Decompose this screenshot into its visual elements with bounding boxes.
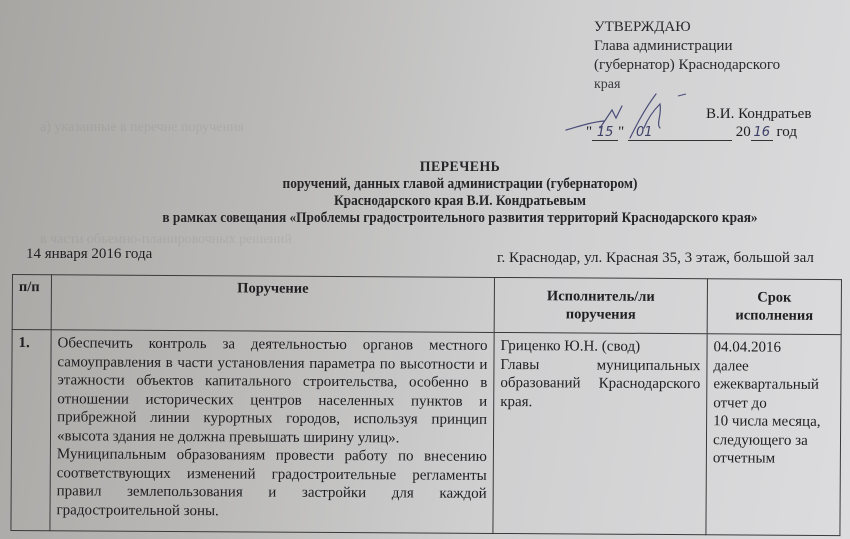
approval-stamp: УТВЕРЖДАЮ Глава администрации (губернато… xyxy=(594,18,780,94)
column-header-task: Поручение xyxy=(51,275,494,333)
meeting-place: г. Краснодар, ул. Красная 35, 3 этаж, бо… xyxy=(497,250,814,267)
title-line: поручений, данных главой администрации (… xyxy=(129,176,791,193)
signatory-name: В.И. Кондратьев xyxy=(706,106,811,123)
row-task: Обеспечить контроль за деятельностью орг… xyxy=(50,330,494,534)
document-page: а) указанные в перечне поручения в части… xyxy=(0,0,850,539)
title-line: в рамках совещания «Проблемы градостроит… xyxy=(129,210,791,227)
orders-table: п/п Поручение Исполнитель/ли поручения С… xyxy=(10,274,842,536)
approval-year: 16 xyxy=(751,125,773,141)
approval-day: 15 xyxy=(592,125,618,141)
approval-date: "15" 01 2016 год xyxy=(586,124,797,141)
task-paragraph: Обеспечить контроль за деятельностью орг… xyxy=(57,334,488,448)
document-title: ПЕРЕЧЕНЬ поручений, данных главой админи… xyxy=(129,158,791,227)
approval-heading: УТВЕРЖДАЮ xyxy=(594,18,780,37)
table-header-row: п/п Поручение Исполнитель/ли поручения С… xyxy=(12,275,841,335)
meeting-date: 14 января 2016 года xyxy=(26,246,152,263)
signature-block: В.И. Кондратьев "15" 01 2016 год xyxy=(560,88,820,148)
column-header-executor: Исполнитель/ли поручения xyxy=(494,277,707,333)
approval-month: 01 xyxy=(628,125,732,141)
column-header-term: Срок исполнения xyxy=(707,279,841,335)
column-header-num: п/п xyxy=(12,275,51,330)
approval-position-line: Глава администрации xyxy=(594,37,780,56)
bleed-through-text: а) указанные в перечне поручения xyxy=(40,120,244,136)
row-term: 04.04.2016 далее ежеквартальный отчет до… xyxy=(706,334,841,536)
row-executor: Гриценко Ю.Н. (свод) Главы муниципальных… xyxy=(493,332,707,534)
approval-position-line: (губернатор) Краснодарского xyxy=(594,56,780,75)
task-paragraph: Муниципальным образованиям провести рабо… xyxy=(57,445,487,522)
title-line: Краснодарского края В.И. Кондратьевым xyxy=(129,193,791,210)
row-number: 1. xyxy=(11,330,51,531)
table-row: 1. Обеспечить контроль за деятельностью … xyxy=(11,330,841,536)
title-heading: ПЕРЕЧЕНЬ xyxy=(129,158,791,176)
